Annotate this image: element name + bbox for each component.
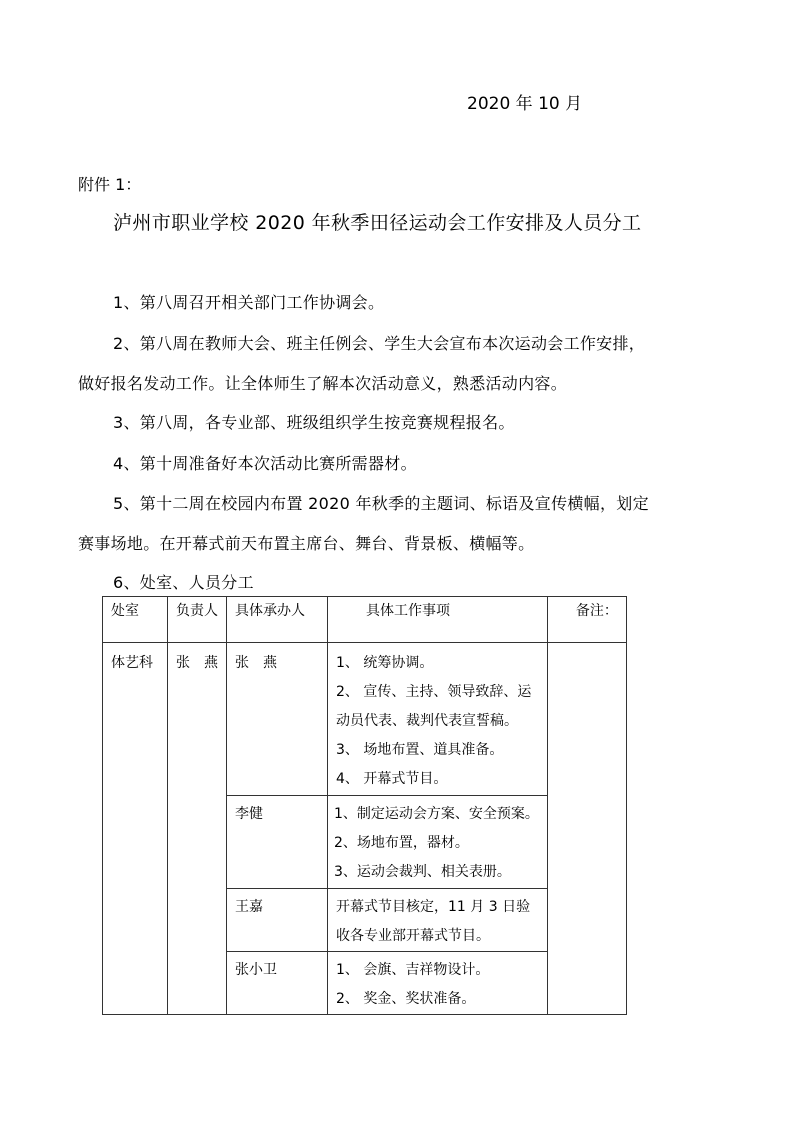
document-date: 2020 年 10 月 (467, 89, 582, 114)
task-line: 2、 宣传、主持、领导致辞、运 (336, 678, 539, 707)
item-5-continued: 赛事场地。在开幕式前天布置主席台、舞台、背景板、横幅等。 (78, 531, 534, 554)
item-2-continued: 做好报名发动工作。让全体师生了解本次活动意义，熟悉活动内容。 (78, 371, 567, 394)
header-tasks: 具体工作事项 (328, 597, 548, 643)
cell-tasks: 1、制定运动会方案、安全预案。 2、场地布置，器材。 3、运动会裁判、相关表册。 (328, 796, 548, 889)
task-line: 收各专业部开幕式节目。 (336, 922, 539, 951)
item-6: 6、处室、人员分工 (113, 570, 254, 593)
table-row: 体艺科 张 燕 张 燕 1、 统筹协调。 2、 宣传、主持、领导致辞、运 动员代… (103, 643, 627, 796)
item-5: 5、第十二周在校园内布置 2020 年秋季的主题词、标语及宣传横幅，划定 (113, 491, 649, 514)
task-line: 1、制定运动会方案、安全预案。 (334, 800, 539, 829)
task-line: 2、 奖金、奖状准备。 (336, 985, 539, 1014)
cell-handler: 张 燕 (227, 643, 328, 796)
cell-tasks: 1、 会旗、吉祥物设计。 2、 奖金、奖状准备。 (328, 952, 548, 1015)
document-title: 泸州市职业学校 2020 年秋季田径运动会工作安排及人员分工 (113, 208, 641, 235)
cell-remarks (547, 643, 626, 1015)
task-line: 4、 开幕式节目。 (336, 765, 539, 794)
item-1: 1、第八周召开相关部门工作协调会。 (113, 290, 384, 313)
header-leader: 负责人 (168, 597, 227, 643)
cell-handler: 王嘉 (227, 889, 328, 952)
task-line: 动员代表、裁判代表宣誓稿。 (336, 707, 539, 736)
cell-tasks: 1、 统筹协调。 2、 宣传、主持、领导致辞、运 动员代表、裁判代表宣誓稿。 3… (328, 643, 548, 796)
cell-department: 体艺科 (103, 643, 168, 1015)
cell-handler: 张小卫 (227, 952, 328, 1015)
task-line: 2、场地布置，器材。 (334, 829, 539, 858)
task-line: 3、 场地布置、道具准备。 (336, 736, 539, 765)
table-header-row: 处室 负责人 具体承办人 具体工作事项 备注： (103, 597, 627, 643)
assignment-table: 处室 负责人 具体承办人 具体工作事项 备注： 体艺科 张 燕 张 燕 1、 统… (102, 596, 627, 1015)
item-4: 4、第十周准备好本次活动比赛所需器材。 (113, 451, 417, 474)
item-2: 2、第八周在教师大会、班主任例会、学生大会宣布本次运动会工作安排， (113, 331, 645, 354)
header-handler: 具体承办人 (227, 597, 328, 643)
item-3: 3、第八周，各专业部、班级组织学生按竞赛规程报名。 (113, 410, 515, 433)
task-line: 1、 会旗、吉祥物设计。 (336, 956, 539, 985)
task-line: 1、 统筹协调。 (336, 649, 539, 678)
attachment-label: 附件 1： (78, 172, 141, 195)
cell-tasks: 开幕式节目核定，11 月 3 日验 收各专业部开幕式节目。 (328, 889, 548, 952)
task-line: 开幕式节目核定，11 月 3 日验 (336, 893, 539, 922)
cell-leader: 张 燕 (168, 643, 227, 1015)
task-line: 3、运动会裁判、相关表册。 (334, 858, 539, 887)
header-department: 处室 (103, 597, 168, 643)
cell-handler: 李健 (227, 796, 328, 889)
header-remarks: 备注： (547, 597, 626, 643)
